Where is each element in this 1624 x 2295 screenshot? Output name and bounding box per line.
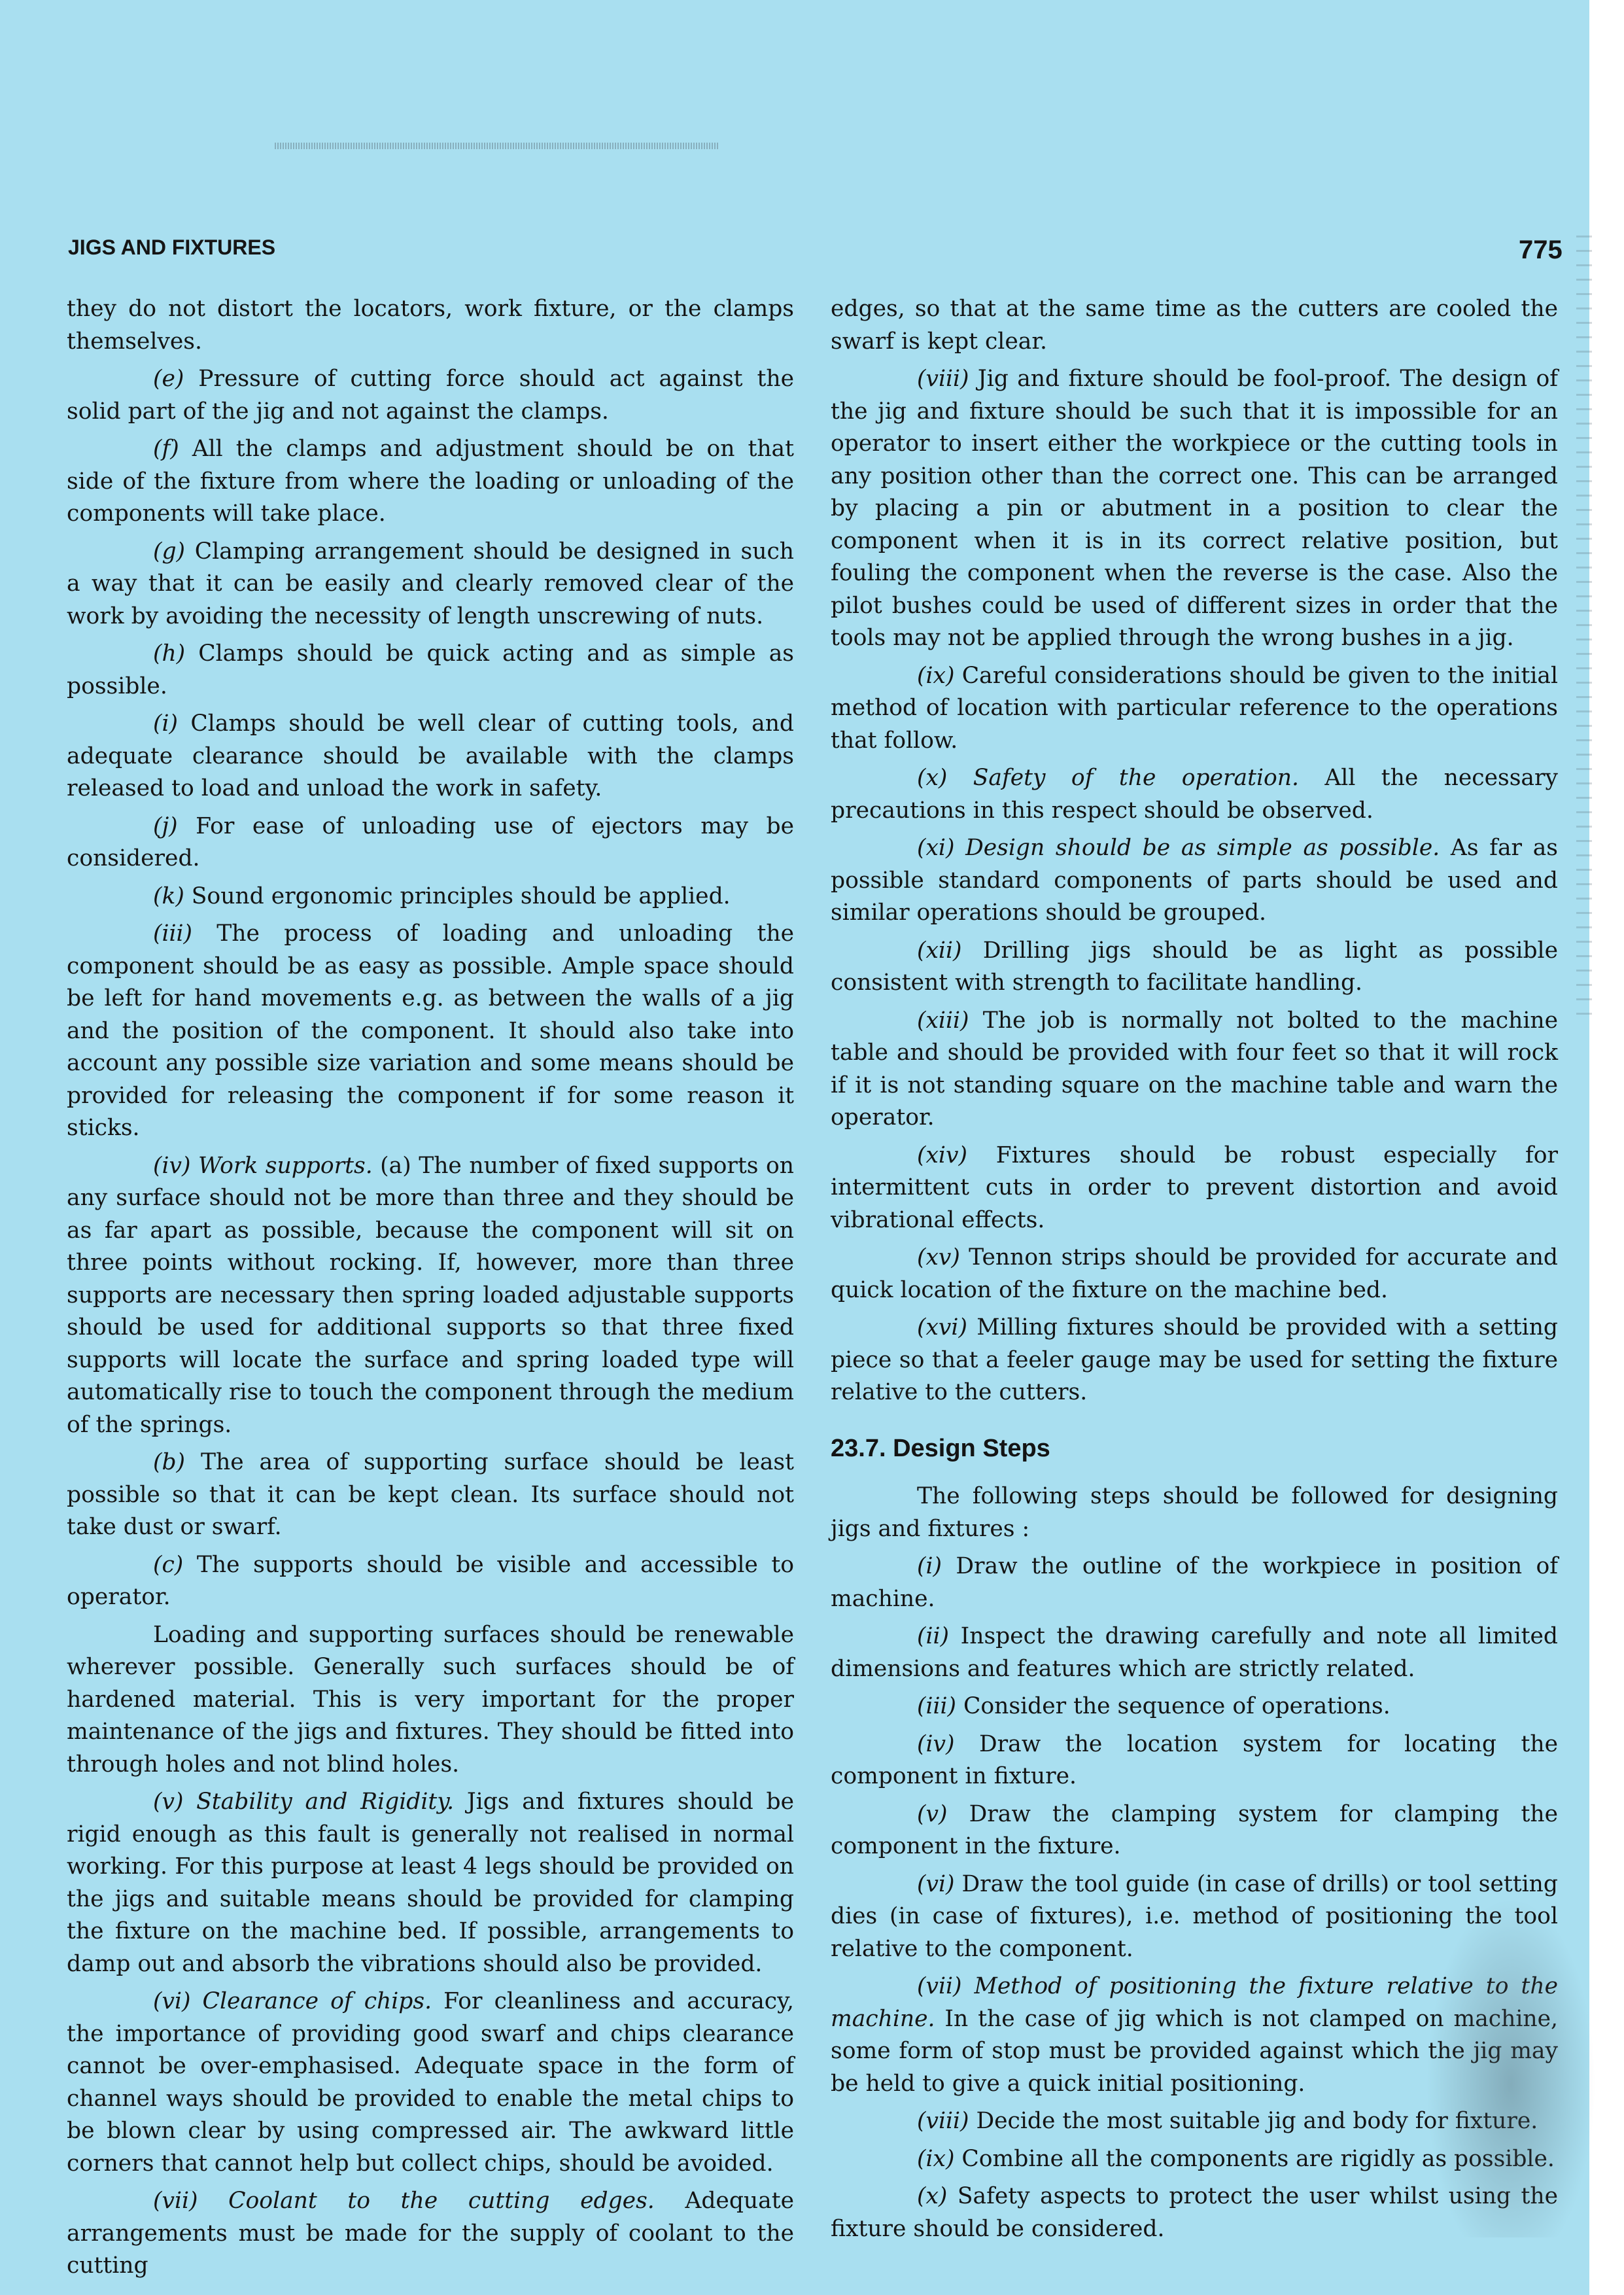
paragraph: Loading and supporting surfaces should b… — [67, 1619, 794, 1781]
paragraph: (viii) Jig and fixture should be fool-pr… — [831, 363, 1558, 655]
paragraph: (xv) Tennon strips should be provided fo… — [831, 1242, 1558, 1306]
item-label: (x) — [917, 2183, 947, 2209]
paragraph: (c) The supports should be visible and a… — [67, 1549, 794, 1614]
item-label: (xv) — [917, 1244, 960, 1270]
paragraph-text: The following steps should be followed f… — [831, 1483, 1558, 1542]
item-label: (x) — [917, 765, 947, 791]
right-column-list-guidelines: edges, so that at the same time as the c… — [831, 293, 1558, 1409]
paragraph: (iv) Draw the location system for locati… — [831, 1728, 1558, 1793]
item-label: (ix) — [917, 663, 954, 689]
paragraph: edges, so that at the same time as the c… — [831, 293, 1558, 358]
item-label: (g) — [153, 538, 185, 565]
item-label: (c) — [153, 1552, 183, 1578]
section-heading-design-steps: 23.7. Design Steps — [831, 1433, 1558, 1465]
item-label: (f) — [153, 436, 179, 462]
item-label: (xii) — [917, 937, 961, 964]
item-label: (ii) — [917, 1623, 949, 1649]
paragraph: (xiv) Fixtures should be robust especial… — [831, 1140, 1558, 1237]
page-number: 775 — [1519, 236, 1563, 265]
item-label: (b) — [153, 1449, 185, 1475]
item-label: (iii) — [917, 1693, 956, 1719]
item-label: (j) — [153, 813, 178, 839]
paragraph: (j) For ease of unloading use of ejector… — [67, 811, 794, 875]
item-lead-italic: Clearance of chips. — [190, 1988, 432, 2014]
paragraph: (ix) Careful considerations should be gi… — [831, 660, 1558, 758]
item-label: (vii) — [153, 2188, 198, 2214]
scanned-page: JIGS AND FIXTURES 775 they do not distor… — [0, 0, 1589, 2295]
paragraph-text: (a) The number of fixed supports on any … — [67, 1153, 794, 1438]
paragraph: (g) Clamping arrangement should be desig… — [67, 536, 794, 633]
item-lead-italic: Safety of the operation. — [947, 765, 1299, 791]
item-lead-italic: Work supports. — [190, 1153, 372, 1179]
item-label: (iv) — [153, 1153, 190, 1179]
scan-edge-speckle — [1576, 236, 1592, 1021]
paragraph: (xi) Design should be as simple as possi… — [831, 832, 1558, 930]
paragraph-text: Sound ergonomic principles should be app… — [184, 883, 731, 909]
item-label: (xiv) — [917, 1142, 967, 1168]
paragraph: (xvi) Milling fixtures should be provide… — [831, 1312, 1558, 1409]
item-label: (v) — [917, 1801, 947, 1827]
item-lead-italic: Coolant to the cutting edges. — [198, 2188, 654, 2214]
paragraph: (i) Clamps should be well clear of cutti… — [67, 708, 794, 805]
item-label: (viii) — [917, 366, 969, 392]
item-label: (xiii) — [917, 1007, 969, 1034]
paragraph: The following steps should be followed f… — [831, 1480, 1558, 1545]
paragraph: (iii) Consider the sequence of operation… — [831, 1691, 1558, 1723]
paragraph-text: Jig and fixture should be fool-proof. Th… — [831, 366, 1558, 651]
item-label: (i) — [917, 1553, 942, 1579]
paragraph: (x) Safety of the operation. All the nec… — [831, 762, 1558, 827]
item-label: (k) — [153, 883, 184, 909]
paragraph: (i) Draw the outline of the workpiece in… — [831, 1550, 1558, 1615]
paragraph: (h) Clamps should be quick acting and as… — [67, 638, 794, 703]
item-label: (xi) — [917, 835, 954, 861]
paragraph: (iii) The process of loading and unloadi… — [67, 918, 794, 1145]
paragraph: (b) The area of supporting surface shoul… — [67, 1446, 794, 1544]
item-label: (h) — [153, 640, 185, 667]
paragraph: (v) Stability and Rigidity. Jigs and fix… — [67, 1786, 794, 1980]
item-label: (ix) — [917, 2146, 954, 2172]
paragraph-text: Loading and supporting surfaces should b… — [67, 1622, 794, 1778]
paragraph: (f) All the clamps and adjustment should… — [67, 433, 794, 531]
paragraph: (e) Pressure of cutting force should act… — [67, 363, 794, 428]
item-label: (e) — [153, 366, 184, 392]
item-lead-italic: Stability and Rigidity. — [183, 1789, 454, 1815]
paragraph: (xii) Drilling jigs should be as light a… — [831, 935, 1558, 1000]
item-label: (vii) — [917, 1973, 961, 1999]
left-column: they do not distort the locators, work f… — [67, 293, 794, 2283]
paragraph-text: For cleanliness and accuracy, the import… — [67, 1988, 794, 2177]
paragraph: (v) Draw the clamping system for clampin… — [831, 1798, 1558, 1863]
paragraph: (iv) Work supports. (a) The number of fi… — [67, 1150, 794, 1442]
paragraph: (ii) Inspect the drawing carefully and n… — [831, 1621, 1558, 1685]
item-label: (iii) — [153, 920, 192, 947]
paragraph-text: The process of loading and unloading the… — [67, 920, 794, 1141]
running-header-title: JIGS AND FIXTURES — [68, 236, 275, 260]
item-label: (v) — [153, 1789, 183, 1815]
paragraph: (k) Sound ergonomic principles should be… — [67, 881, 794, 913]
item-label: (i) — [153, 710, 178, 737]
paragraph: (vi) Clearance of chips. For cleanliness… — [67, 1986, 794, 2180]
paragraph-text: edges, so that at the same time as the c… — [831, 296, 1558, 355]
item-label: (vi) — [917, 1871, 954, 1897]
item-lead-italic: Design should be as simple as possible. — [954, 835, 1440, 861]
item-label: (xvi) — [917, 1314, 967, 1340]
item-label: (iv) — [917, 1731, 954, 1757]
paragraph: (xiii) The job is normally not bolted to… — [831, 1005, 1558, 1134]
paragraph-text: Consider the sequence of operations. — [956, 1693, 1391, 1719]
scan-smudge — [1426, 1897, 1596, 2237]
paragraph-text: they do not distort the locators, work f… — [67, 296, 794, 355]
item-label: (viii) — [917, 2108, 969, 2134]
paragraph: they do not distort the locators, work f… — [67, 293, 794, 358]
paragraph-text: Jigs and fixtures should be rigid enough… — [67, 1789, 794, 1977]
scan-artifact-bar — [275, 143, 719, 149]
item-label: (vi) — [153, 1988, 190, 2014]
paragraph: (vii) Coolant to the cutting edges. Adeq… — [67, 2185, 794, 2283]
